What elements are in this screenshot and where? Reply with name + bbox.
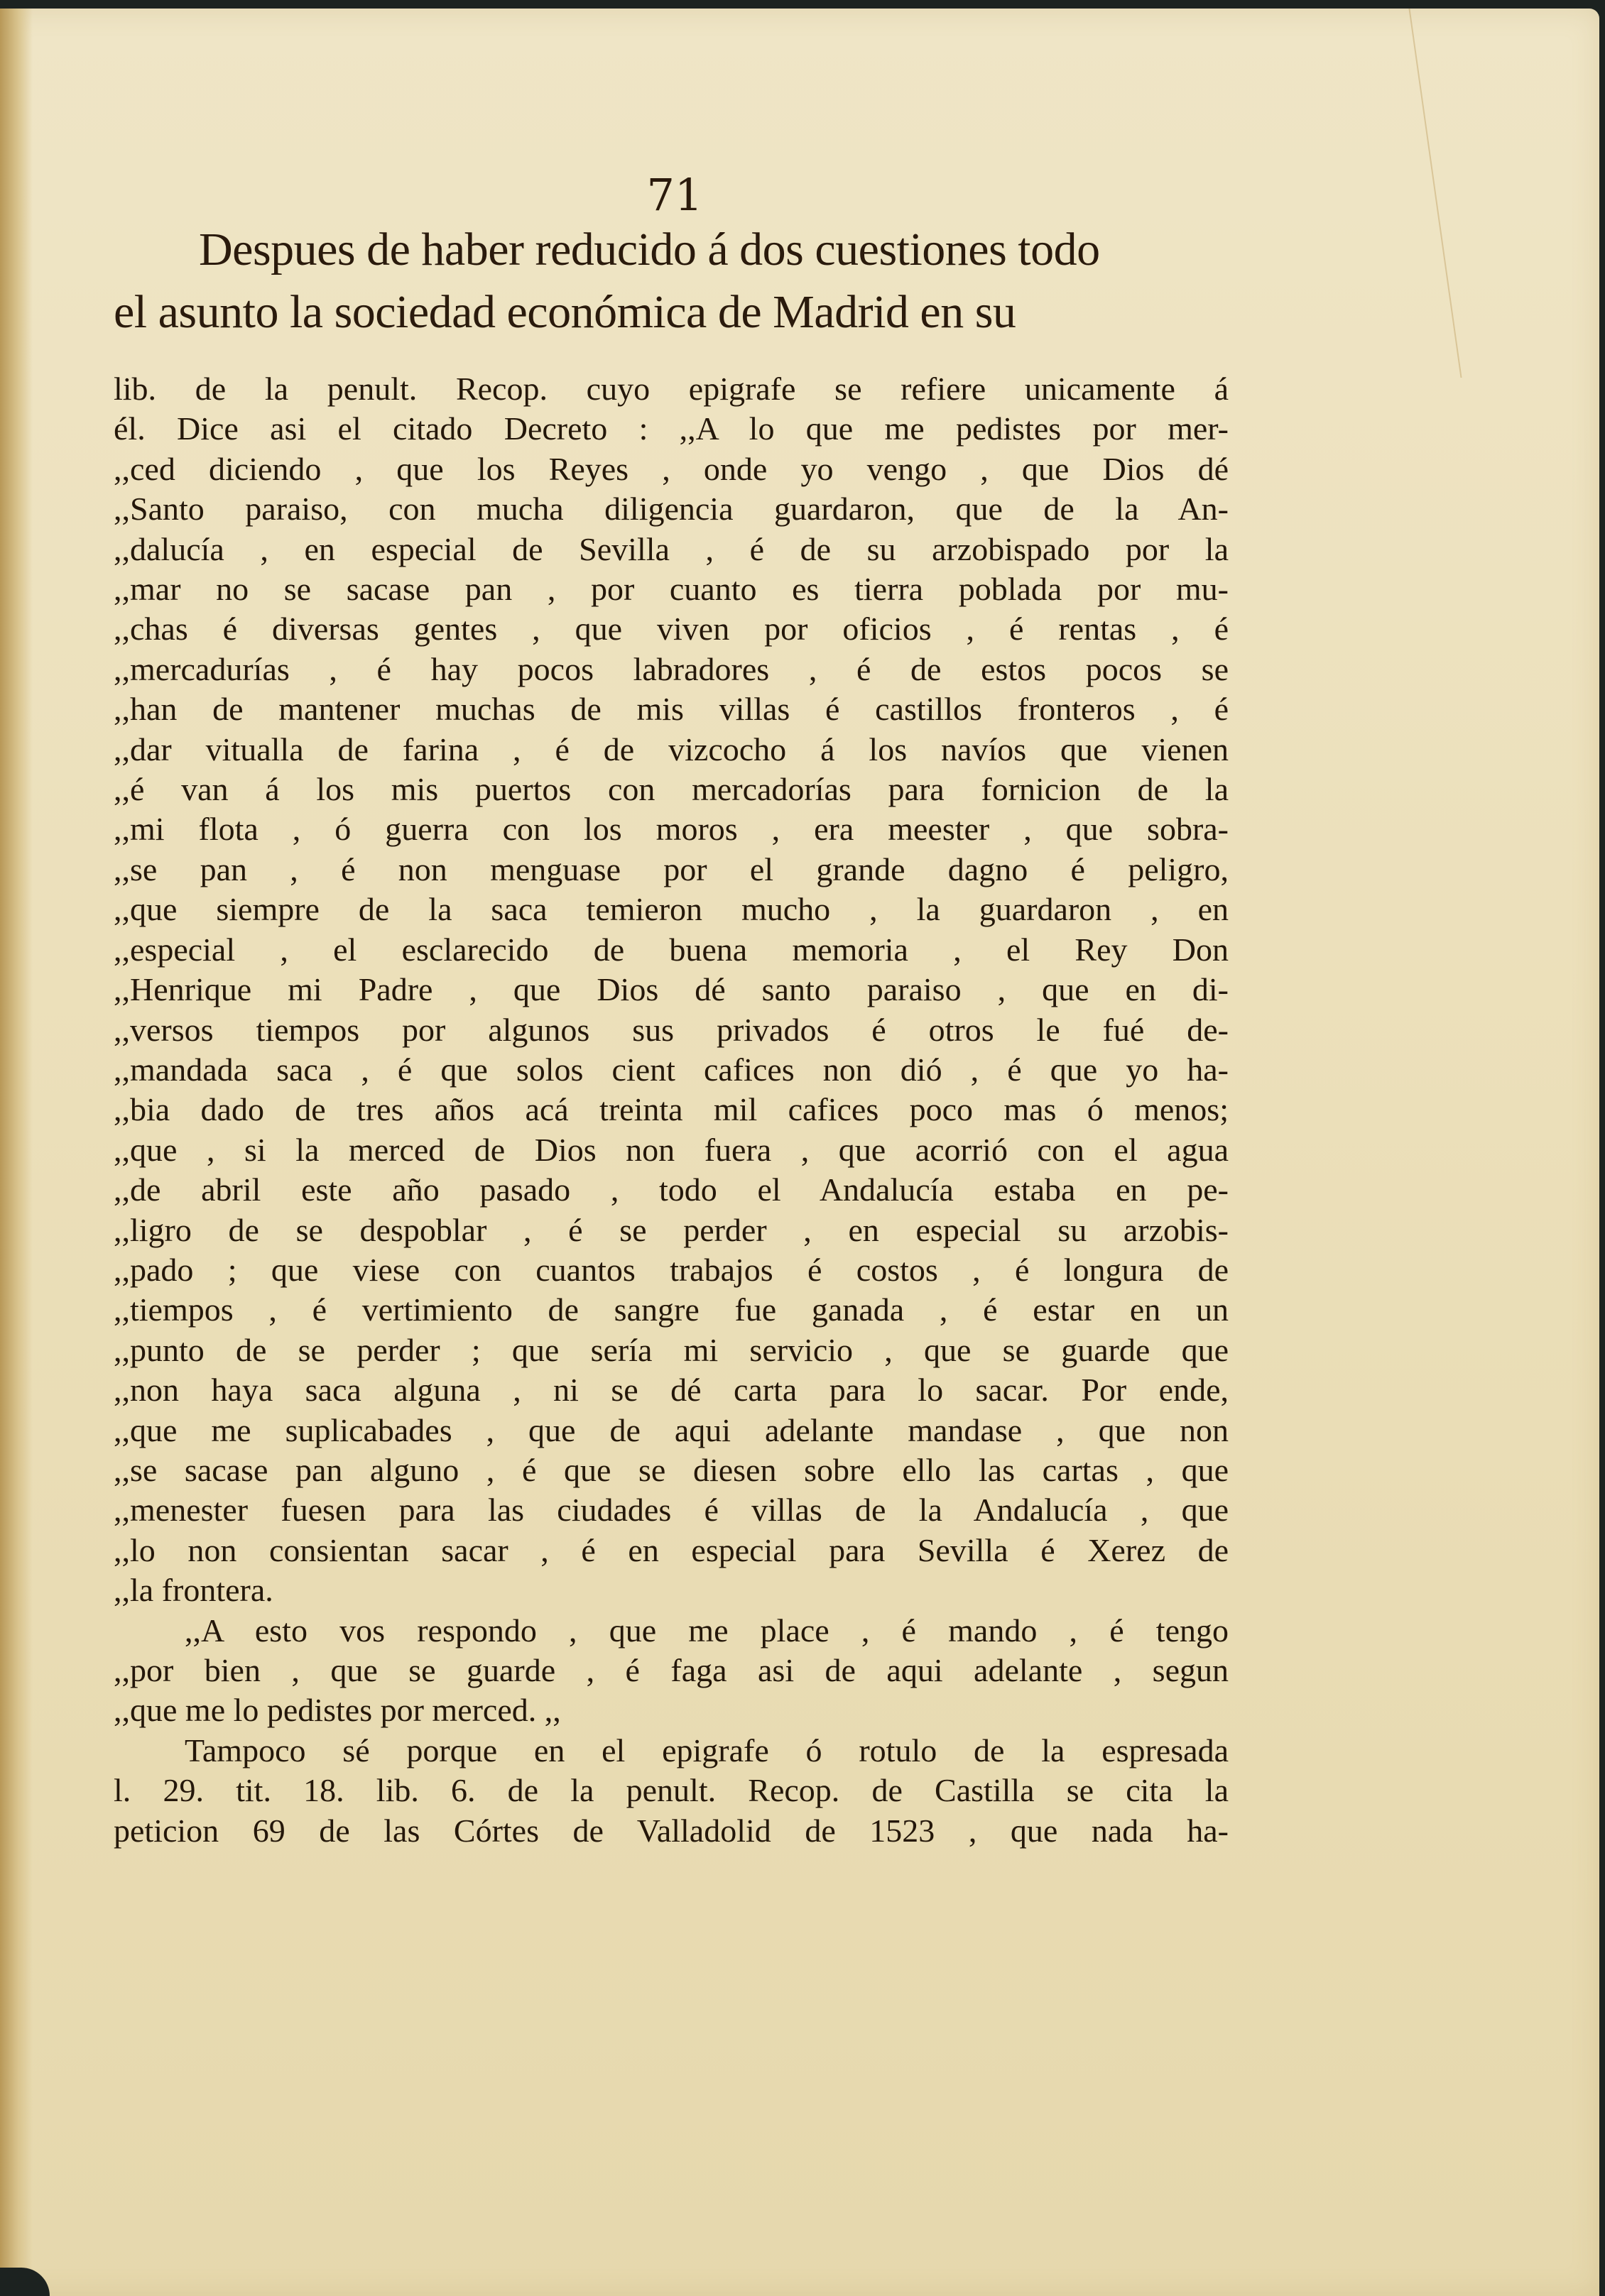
text-line: él. Dice asi el citado Decreto : ,,A lo …	[114, 409, 1229, 449]
book-page: 71 Despues de haber reducido á dos cuest…	[0, 9, 1599, 2296]
text-line: lib. de la penult. Recop. cuyo epigrafe …	[114, 369, 1229, 409]
text-line: ,,que me lo pedistes por merced. ,,	[114, 1690, 1229, 1730]
text-line: ,,chas é diversas gentes , que viven por…	[114, 609, 1229, 649]
text-line: ,,punto de se perder ; que sería mi serv…	[114, 1330, 1229, 1370]
heading-line: Despues de haber reducido á dos cuestion…	[114, 219, 1236, 281]
text-line: ,,Henrique mi Padre , que Dios dé santo …	[114, 970, 1229, 1010]
text-line: ,,versos tiempos por algunos sus privado…	[114, 1010, 1229, 1050]
text-line: l. 29. tit. 18. lib. 6. de la penult. Re…	[114, 1771, 1229, 1810]
text-line: ,,que me suplicabades , que de aqui adel…	[114, 1411, 1229, 1450]
text-line: ,,por bien , que se guarde , é faga asi …	[114, 1651, 1229, 1690]
text-line: ,,de abril este año pasado , todo el And…	[114, 1170, 1229, 1210]
scanned-page-view: 71 Despues de haber reducido á dos cuest…	[0, 0, 1605, 2296]
text-line: ,,se sacase pan alguno , é que se diesen…	[114, 1450, 1229, 1490]
text-line: ,,dar vitualla de farina , é de vizcocho…	[114, 730, 1229, 770]
text-line: ,,non haya saca alguna , ni se dé carta …	[114, 1370, 1229, 1410]
text-line: peticion 69 de las Córtes de Valladolid …	[114, 1811, 1229, 1851]
text-line: ,,Santo paraiso, con mucha diligencia gu…	[114, 489, 1229, 529]
heading: Despues de haber reducido á dos cuestion…	[114, 219, 1236, 344]
text-line: ,,dalucía , en especial de Sevilla , é d…	[114, 530, 1229, 569]
text-line: Tampoco sé porque en el epigrafe ó rotul…	[114, 1731, 1229, 1771]
text-line: ,,han de mantener muchas de mis villas é…	[114, 689, 1229, 729]
text-line: ,,mar no se sacase pan , por cuanto es t…	[114, 569, 1229, 609]
text-line: ,,mercadurías , é hay pocos labradores ,…	[114, 650, 1229, 689]
paper-crease	[1408, 9, 1462, 378]
text-line: ,,pado ; que viese con cuantos trabajos …	[114, 1250, 1229, 1290]
text-line: ,,que , si la merced de Dios non fuera ,…	[114, 1130, 1229, 1170]
page-corner-shadow	[0, 2268, 50, 2296]
text-line: ,,mi flota , ó guerra con los moros , er…	[114, 809, 1229, 849]
body-text: lib. de la penult. Recop. cuyo epigrafe …	[114, 369, 1229, 1851]
text-line: ,,lo non consientan sacar , é en especia…	[114, 1531, 1229, 1570]
text-line: ,,ligro de se despoblar , é se perder , …	[114, 1210, 1229, 1250]
text-line: ,,bia dado de tres años acá treinta mil …	[114, 1090, 1229, 1130]
text-line: ,,que siempre de la saca temieron mucho …	[114, 890, 1229, 929]
text-line: ,,se pan , é non menguase por el grande …	[114, 850, 1229, 890]
text-line: ,,A esto vos respondo , que me place , é…	[114, 1611, 1229, 1651]
text-line: ,,tiempos , é vertimiento de sangre fue …	[114, 1290, 1229, 1330]
binding-edge	[0, 9, 33, 2296]
heading-line: el asunto la sociedad económica de Madri…	[114, 281, 1236, 344]
text-line: ,,ced diciendo , que los Reyes , onde yo…	[114, 449, 1229, 489]
text-line: ,,menester fuesen para las ciudades é vi…	[114, 1490, 1229, 1530]
text-line: ,,mandada saca , é que solos cient cafic…	[114, 1050, 1229, 1090]
text-line: ,,especial , el esclarecido de buena mem…	[114, 930, 1229, 970]
text-line: ,,é van á los mis puertos con mercadoría…	[114, 770, 1229, 809]
text-line: ,,la frontera.	[114, 1570, 1229, 1610]
page-number: 71	[639, 173, 710, 217]
